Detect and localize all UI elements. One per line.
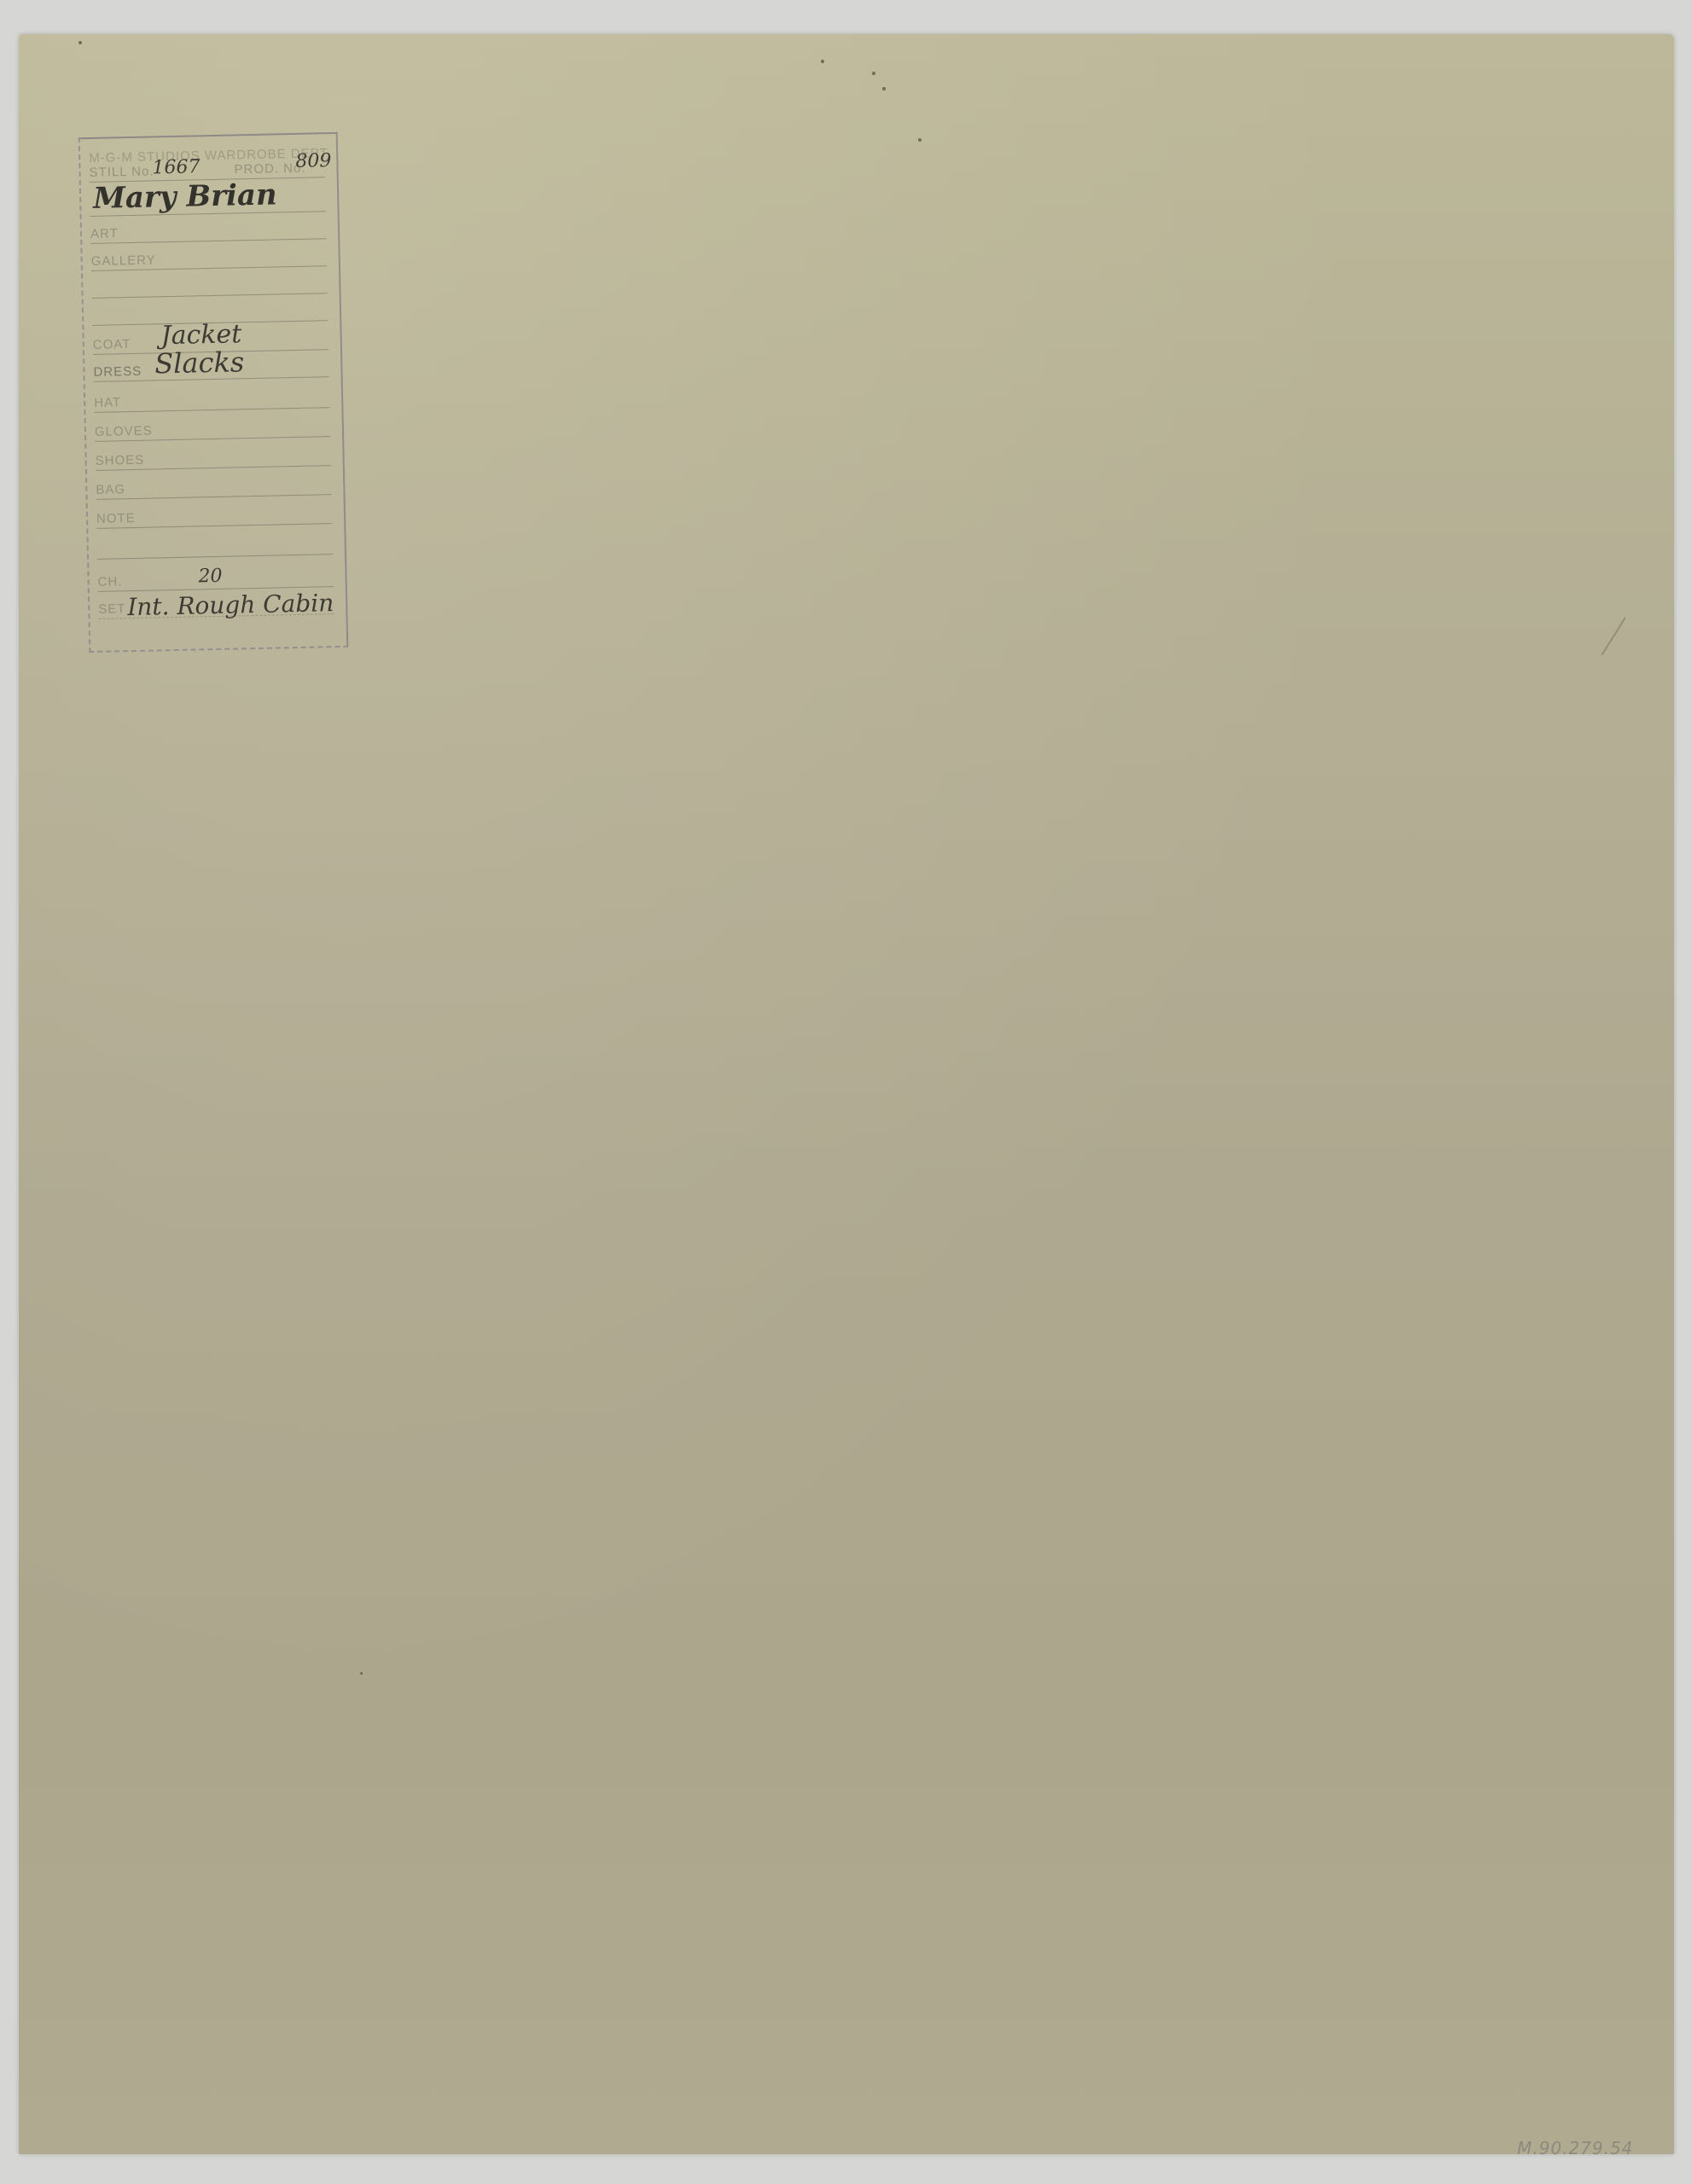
stamp-row-chapter: CH. 20 bbox=[97, 561, 334, 592]
paper-speck bbox=[882, 87, 886, 90]
stamp-row-blank bbox=[91, 267, 328, 299]
stamp-label: STILL No. bbox=[89, 164, 154, 180]
paper-speck bbox=[360, 1672, 363, 1675]
stamp-label: SET bbox=[98, 601, 126, 617]
stamp-row-dress: DRESS Slacks bbox=[93, 351, 329, 382]
stamp-row-set: SET Int. Rough Cabin bbox=[98, 588, 334, 619]
accession-number: M.90.279.54 bbox=[1517, 2138, 1633, 2158]
paper-scratch bbox=[1601, 617, 1625, 655]
stamp-row-art: ART bbox=[90, 212, 327, 244]
stamp-row-bag: BAG bbox=[96, 468, 332, 500]
paper-speck bbox=[918, 138, 922, 142]
stamp-row-gallery: GALLERY bbox=[90, 240, 327, 271]
stamp-row-blank bbox=[96, 528, 333, 560]
stamp-label: HAT bbox=[94, 395, 121, 410]
still-number: 1667 bbox=[152, 156, 201, 178]
paper-speck bbox=[78, 41, 82, 44]
production-number: 809 bbox=[295, 150, 332, 172]
stamp-row-shoes: SHOES bbox=[95, 439, 331, 471]
stamp-label: SHOES bbox=[95, 453, 144, 468]
stamp-label: NOTE bbox=[96, 511, 136, 526]
stamp-row-note: NOTE bbox=[96, 497, 333, 529]
stamp-label: COAT bbox=[93, 337, 131, 352]
stamp-label: GALLERY bbox=[91, 253, 156, 269]
wardrobe-stamp-card: M-G-M STUDIOS WARDROBE DEPT. STILL No. 1… bbox=[78, 132, 349, 653]
chapter-value: 20 bbox=[198, 566, 223, 588]
stamp-row-still-prod: STILL No. 1667 PROD. No. 809 bbox=[89, 151, 325, 183]
stamp-row-name-line bbox=[90, 185, 326, 217]
stamp-label: GLOVES bbox=[95, 424, 153, 439]
stamp-label: DRESS bbox=[93, 364, 142, 380]
dress-value: Slacks bbox=[154, 346, 245, 380]
stamp-label: ART bbox=[90, 226, 119, 241]
stamp-row-hat: HAT bbox=[94, 381, 330, 413]
set-value: Int. Rough Cabin bbox=[127, 589, 334, 621]
paper-speck bbox=[821, 60, 824, 63]
paper-speck bbox=[872, 72, 875, 75]
stamp-row-gloves: GLOVES bbox=[95, 410, 331, 442]
stamp-label: CH. bbox=[97, 574, 122, 590]
stamp-label: BAG bbox=[96, 482, 125, 497]
